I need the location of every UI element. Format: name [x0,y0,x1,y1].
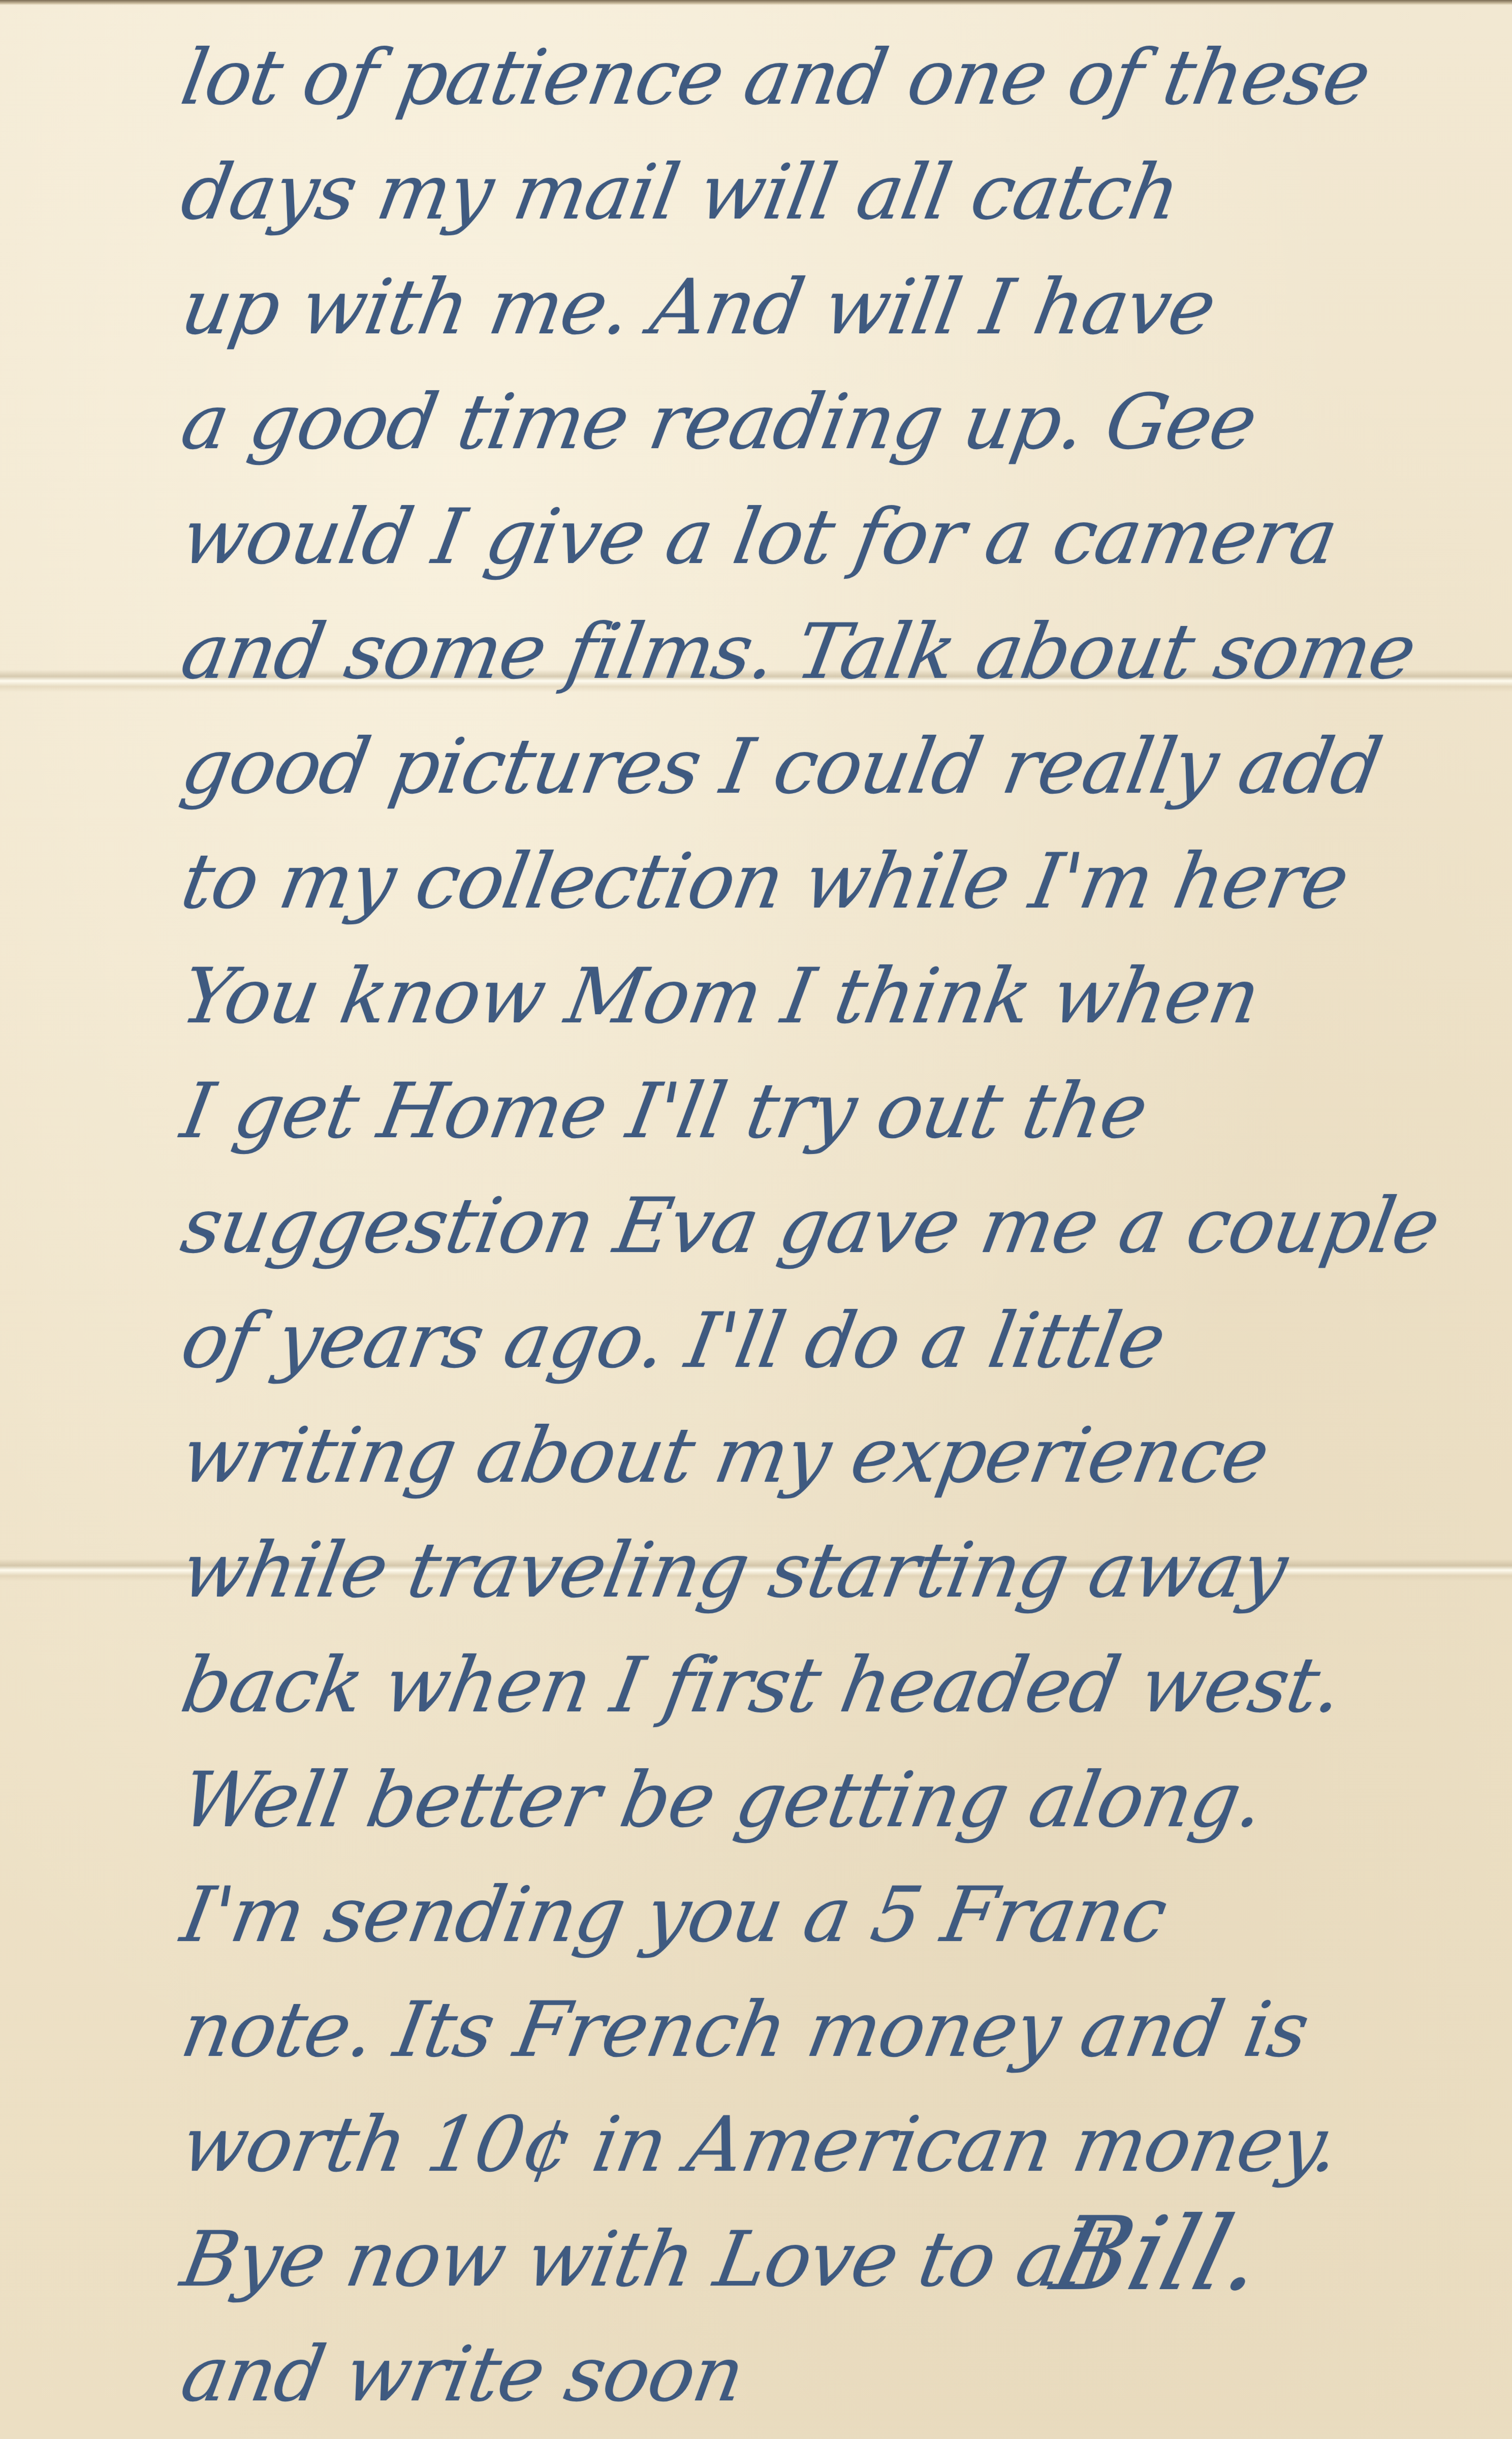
letter-line: I'm sending you a 5 Franc [173,1858,1494,1973]
letter-line: of years ago. I'll do a little [173,1284,1494,1398]
signature: Bill. [1042,2195,1276,2313]
letter-line: writing about my experience [173,1398,1494,1513]
letter-line: days my mail will all catch [173,135,1494,250]
letter-line: would I give a lot for a camera [173,480,1494,595]
letter-line: a good time reading up. Gee [173,365,1494,480]
letter-line: Bye now with Love to all [173,2202,1494,2317]
letter-line: good pictures I could really add [173,709,1494,824]
letter-line: I get Home I'll try out the [173,1054,1494,1169]
letter-line: up with me. And will I have [173,250,1494,365]
letter-line: and write soon [173,2317,1494,2432]
paper-top-edge [0,0,1512,5]
letter-line: lot of patience and one of these [173,20,1494,135]
letter-line: while traveling starting away [173,1513,1494,1628]
letter-line: to my collection while I'm here [173,824,1494,939]
letter-line: back when I first headed west. [173,1628,1494,1743]
letter-line: note. Its French money and is [173,1973,1494,2087]
letter-body: lot of patience and one of these days my… [173,20,1473,2432]
letter-line: worth 10¢ in American money. [173,2087,1494,2202]
letter-line: You know Mom I think when [173,939,1494,1054]
letter-line: and some films. Talk about some [173,595,1494,709]
letter-line: suggestion Eva gave me a couple [173,1169,1494,1284]
letter-line: Well better be getting along. [173,1743,1494,1858]
